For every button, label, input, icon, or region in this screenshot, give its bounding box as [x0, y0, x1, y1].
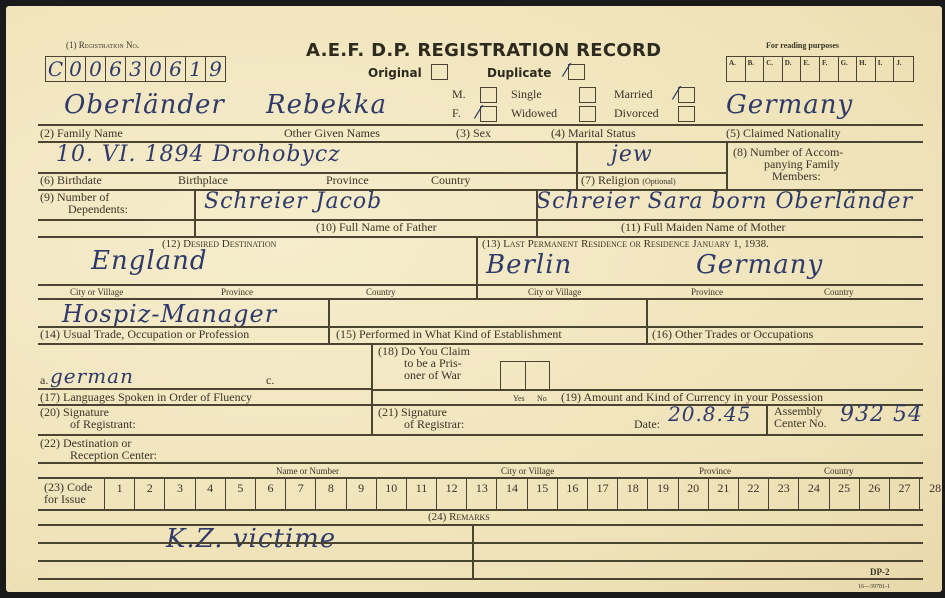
reading-cell: D. — [783, 57, 802, 81]
sex-m-checkbox[interactable] — [480, 87, 497, 103]
divider — [726, 141, 728, 191]
code-cell[interactable]: 22 — [739, 479, 769, 509]
divider — [38, 578, 923, 580]
reading-cell: H. — [857, 57, 876, 81]
widowed-checkbox[interactable] — [579, 106, 596, 122]
duplicate-checkbox[interactable]: ⁄ — [568, 64, 585, 80]
reading-cell: B. — [746, 57, 765, 81]
pow-label-3: oner of War — [404, 369, 461, 382]
religion-label: (7) Religion (Optional) — [581, 174, 676, 188]
original-label: Original — [368, 66, 422, 80]
divorced-label: Divorced — [614, 107, 659, 120]
destination-value: England — [91, 246, 208, 276]
sex-m-label: M. — [452, 88, 466, 101]
reg-digit: 9 — [206, 57, 225, 81]
date-value: 20.8.45 — [668, 402, 751, 426]
code-cell[interactable]: 3 — [165, 479, 195, 509]
divider — [38, 434, 923, 436]
divider — [38, 542, 923, 544]
reg-digit: 0 — [86, 57, 106, 81]
code-cell[interactable]: 17 — [588, 479, 618, 509]
sex-f-label: F. — [452, 107, 461, 120]
checkmark-icon: ⁄ — [675, 85, 678, 103]
single-checkbox[interactable] — [579, 87, 596, 103]
original-checkbox[interactable] — [431, 64, 448, 80]
reg-digit: 6 — [106, 57, 126, 81]
reading-cell: A. — [727, 57, 746, 81]
code-cell[interactable]: 26 — [860, 479, 890, 509]
duplicate-label: Duplicate — [487, 66, 551, 80]
marital-status-label: (4) Marital Status — [551, 127, 636, 140]
single-label: Single — [511, 88, 542, 101]
other-trades-label: (16) Other Trades or Occupations — [652, 328, 813, 341]
reception-label-2: Reception Center: — [70, 449, 157, 462]
checkmark-icon: ⁄ — [477, 104, 480, 122]
code-cell[interactable]: 12 — [437, 479, 467, 509]
given-names-value: Rebekka — [266, 90, 387, 120]
code-cell[interactable]: 23 — [769, 479, 799, 509]
remarks-label: (24) Remarks — [428, 511, 490, 524]
form-number: DP-2 — [870, 566, 890, 579]
code-cell[interactable]: 20 — [679, 479, 709, 509]
code-cell[interactable]: 21 — [709, 479, 739, 509]
code-cell[interactable]: 13 — [467, 479, 497, 509]
divider — [766, 406, 768, 434]
code-cell[interactable]: 5 — [226, 479, 256, 509]
reading-cell: G. — [839, 57, 858, 81]
province-label: Province — [326, 174, 369, 187]
divider — [38, 560, 923, 562]
checkmark-icon: ⁄ — [565, 62, 568, 80]
code-for-issue-grid: (23) Codefor Issue 1 2 3 4 5 6 7 8 9 10 … — [44, 479, 942, 509]
languages-label: (17) Languages Spoken in Order of Fluenc… — [40, 391, 252, 404]
reading-cell: I. — [876, 57, 895, 81]
dp-registration-card: (1) Registration No. C 0 0 6 3 0 6 1 9 A… — [6, 6, 942, 592]
assembly-label-2: Center No. — [774, 417, 827, 430]
married-label: Married — [614, 88, 653, 101]
code-cell[interactable]: 4 — [196, 479, 226, 509]
last-residence-country: Germany — [696, 250, 823, 280]
divorced-checkbox[interactable] — [678, 106, 695, 122]
birthplace-label: Birthplace — [178, 174, 228, 187]
occupation-label: (14) Usual Trade, Occupation or Professi… — [40, 328, 249, 341]
code-cell[interactable]: 18 — [618, 479, 648, 509]
father-value: Schreier Jacob — [204, 189, 382, 214]
divider — [576, 141, 578, 191]
divider — [38, 284, 923, 286]
religion-value: jew — [611, 142, 653, 167]
form-title: A.E.F. D.P. REGISTRATION RECORD — [306, 40, 661, 61]
establishment-label: (15) Performed in What Kind of Establish… — [336, 328, 562, 341]
divider — [476, 236, 478, 300]
language-a-value: german — [50, 364, 134, 388]
remarks-value: K.Z. victime — [166, 524, 336, 554]
reading-cell: C. — [764, 57, 783, 81]
reg-digit: 1 — [186, 57, 206, 81]
nationality-value: Germany — [726, 90, 853, 120]
code-cell[interactable]: 27 — [890, 479, 920, 509]
code-cell[interactable]: 11 — [407, 479, 437, 509]
reg-digit: 6 — [166, 57, 186, 81]
code-cell[interactable]: 19 — [648, 479, 678, 509]
divider — [328, 298, 330, 344]
code-cell[interactable]: 7 — [286, 479, 316, 509]
mother-label: (11) Full Maiden Name of Mother — [621, 221, 786, 234]
birthdate-label: (6) Birthdate — [40, 174, 102, 187]
code-cell[interactable]: 28 — [920, 479, 942, 509]
pow-yes-box[interactable] — [500, 361, 526, 391]
reg-digit: 0 — [66, 57, 86, 81]
sex-f-checkbox[interactable]: ⁄ — [480, 106, 497, 122]
divider — [646, 298, 648, 344]
country-label: Country — [431, 174, 470, 187]
reg-digit: 0 — [146, 57, 166, 81]
assembly-center-value: 932 54 — [840, 402, 923, 427]
reading-purposes-grid: A. B. C. D. E. F. G. H. I. J. — [726, 56, 914, 82]
code-cell[interactable]: 16 — [558, 479, 588, 509]
last-residence-city: Berlin — [486, 250, 572, 280]
code-cell[interactable]: 15 — [528, 479, 558, 509]
reg-digit: 3 — [126, 57, 146, 81]
code-cell[interactable]: 24 — [799, 479, 829, 509]
divider — [194, 189, 196, 237]
reading-cell: E. — [801, 57, 820, 81]
divider — [38, 462, 923, 464]
code-cell[interactable]: 9 — [347, 479, 377, 509]
signature-registrant-label-2: of Registrant: — [70, 418, 136, 431]
code-cell[interactable]: 14 — [497, 479, 527, 509]
code-cell[interactable]: 1 — [105, 479, 135, 509]
code-label: (23) Codefor Issue — [44, 479, 105, 509]
mother-value: Schreier Sara born Oberländer — [536, 189, 913, 214]
pow-no-box[interactable] — [525, 361, 550, 391]
nationality-label: (5) Claimed Nationality — [726, 127, 841, 140]
code-cell[interactable]: 2 — [135, 479, 165, 509]
widowed-label: Widowed — [511, 107, 557, 120]
registration-number-boxes: C 0 0 6 3 0 6 1 9 — [45, 56, 226, 82]
married-checkbox[interactable]: ⁄ — [678, 87, 695, 103]
divider — [38, 343, 923, 345]
reading-cell: F. — [820, 57, 839, 81]
given-names-label: Other Given Names — [284, 127, 380, 140]
code-cell[interactable]: 10 — [377, 479, 407, 509]
family-name-label: (2) Family Name — [40, 127, 123, 140]
language-c-label: c. — [266, 374, 274, 387]
language-a-label: a. — [40, 374, 48, 387]
birth-value: 10. VI. 1894 Drohobycz — [56, 142, 341, 167]
divider — [536, 189, 538, 237]
father-label: (10) Full Name of Father — [316, 221, 437, 234]
occupation-value: Hospiz-Manager — [62, 300, 277, 328]
reading-purposes-label: For reading purposes — [766, 39, 839, 52]
signature-registrar-label-2: of Registrar: — [404, 418, 464, 431]
divider — [38, 219, 923, 221]
sex-label: (3) Sex — [456, 127, 491, 140]
registration-label: (1) Registration No. — [66, 39, 139, 52]
code-cell[interactable]: 8 — [316, 479, 346, 509]
accompanying-label-3: Members: — [772, 170, 821, 183]
code-cell[interactable]: 25 — [830, 479, 860, 509]
reading-cell: J. — [894, 57, 913, 81]
date-label: Date: — [634, 418, 660, 431]
family-name-value: Oberländer — [64, 90, 225, 120]
print-code: 16—39781-1 — [858, 581, 890, 592]
code-cell[interactable]: 6 — [256, 479, 286, 509]
reg-digit: C — [46, 57, 66, 81]
dependents-label-2: Dependents: — [68, 203, 128, 216]
divider — [472, 524, 474, 578]
